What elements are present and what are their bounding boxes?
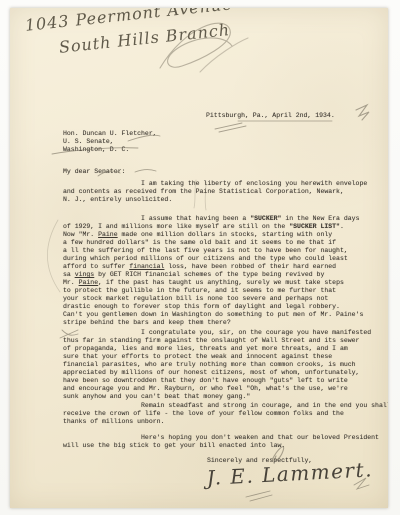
letter-document: 1043 Peermont Avenue South Hills Branch …: [10, 8, 388, 508]
pencil-marks: [10, 8, 388, 508]
photo-backdrop: 1043 Peermont Avenue South Hills Branch …: [0, 0, 400, 515]
